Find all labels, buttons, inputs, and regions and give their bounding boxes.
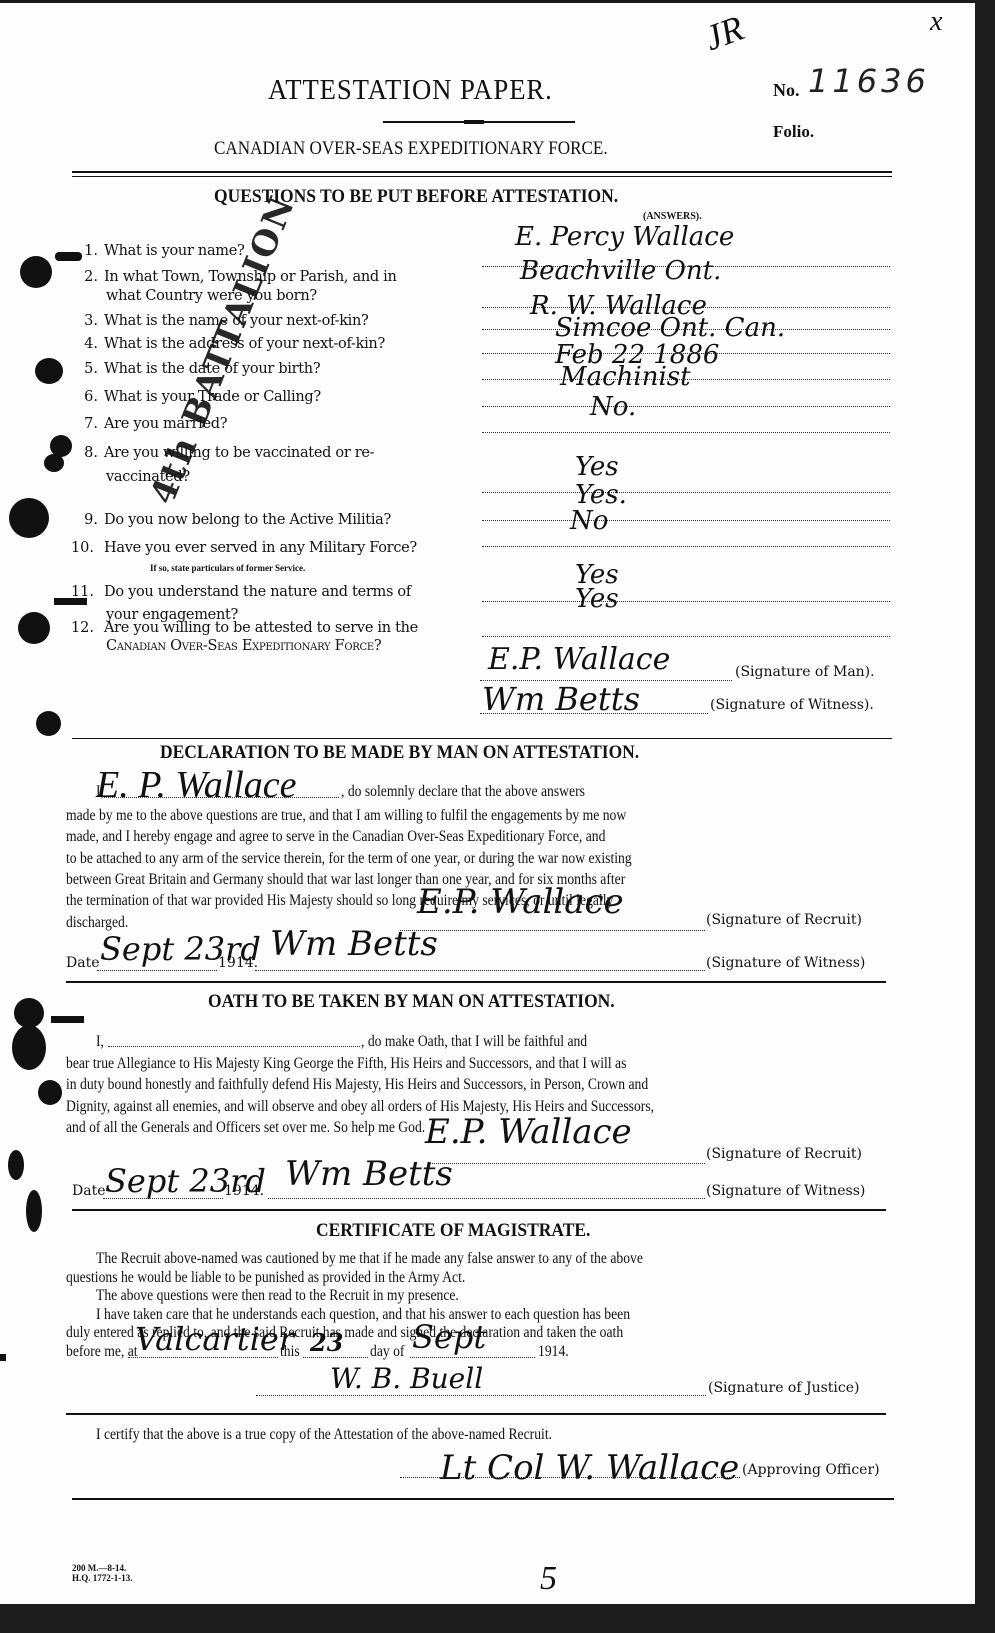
- answer-line: [482, 492, 890, 493]
- paragraph-line: made, and I hereby engage and agree to s…: [66, 826, 946, 848]
- paragraph-line: made by me to the above questions are tr…: [66, 805, 946, 827]
- magistrate-month: Sept: [412, 1318, 486, 1356]
- signature-line: [400, 930, 705, 931]
- signature-line: [255, 970, 705, 971]
- declaration-signature-recruit: E.P. Wallace: [417, 882, 624, 922]
- title-divider-ornament: [464, 120, 484, 124]
- answer-value: Yes: [575, 584, 619, 614]
- signature-line: [256, 1395, 706, 1396]
- day-line: [303, 1357, 368, 1358]
- answer-line: [482, 546, 890, 547]
- signature-witness-label: (Signature of Witness): [706, 955, 865, 971]
- answer-line: [482, 432, 890, 433]
- question-text: Do you now belong to the Active Militia?: [104, 512, 391, 528]
- signature-recruit-label: (Signature of Recruit): [706, 1146, 862, 1162]
- month-line: [410, 1357, 535, 1358]
- answer-value: Beachville Ont.: [520, 256, 721, 286]
- question-number: 11.: [66, 584, 94, 600]
- header-rule: [72, 176, 892, 177]
- punch-hole: [12, 1025, 46, 1070]
- section-divider: [72, 1209, 886, 1211]
- punch-hole: [9, 498, 49, 538]
- paragraph-line: bear true Allegiance to His Majesty King…: [66, 1053, 946, 1075]
- question-number: 7.: [70, 416, 98, 432]
- signature-witness-label: (Signature of Witness): [706, 1183, 865, 1199]
- date-label: Date: [66, 955, 99, 971]
- certification-text: I certify that the above is a true copy …: [96, 1424, 976, 1446]
- answer-value: Yes: [575, 452, 619, 482]
- magistrate-place: Valcartier: [135, 1320, 294, 1358]
- question-text: Are you willing to be vaccinated or re-: [104, 445, 374, 461]
- signature-officer: Lt Col W. Wallace: [440, 1448, 739, 1488]
- signature-witness: Wm Betts: [482, 680, 640, 718]
- form-code-line-1: 200 M.—8-14.: [72, 1563, 133, 1573]
- question-number: 5.: [70, 361, 98, 377]
- question-text: What is your name?: [104, 243, 245, 259]
- form-code-line-2: H.Q. 1772-1-13.: [72, 1573, 133, 1583]
- declaration-heading: DECLARATION TO BE MADE BY MAN ON ATTESTA…: [160, 742, 639, 764]
- declaration-first-line-rest: , do solemnly declare that the above ans…: [341, 781, 887, 803]
- question-note: If so, state particulars of former Servi…: [150, 563, 305, 573]
- question-number: 4.: [70, 336, 98, 352]
- question-text: Are you willing to be attested to serve …: [104, 620, 418, 636]
- answer-value: E. Percy Wallace: [515, 222, 734, 252]
- declaration-signature-witness: Wm Betts: [270, 924, 438, 964]
- punch-hole: [20, 256, 52, 288]
- signature-man-label: (Signature of Man).: [735, 664, 875, 680]
- punch-hole: [35, 358, 63, 384]
- oath-heading: OATH TO BE TAKEN BY MAN ON ATTESTATION.: [208, 991, 615, 1013]
- corner-mark: x: [930, 6, 942, 38]
- oath-signature-recruit: E.P. Wallace: [425, 1112, 632, 1152]
- ink-smudge: [0, 1354, 6, 1361]
- question-text: Do you understand the nature and terms o…: [104, 584, 411, 600]
- signature-line: [268, 1198, 705, 1199]
- document-subtitle: CANADIAN OVER-SEAS EXPEDITIONARY FORCE.: [214, 138, 608, 160]
- attestation-page: JR x ATTESTATION PAPER. CANADIAN OVER-SE…: [0, 0, 975, 1604]
- signature-justice: W. B. Buell: [330, 1362, 483, 1395]
- punch-hole: [36, 711, 61, 736]
- signature-line: [400, 1477, 740, 1478]
- date-line: [97, 970, 217, 971]
- oath-first-line-rest: , do make Oath, that I will be faithful …: [361, 1031, 907, 1053]
- punch-hole: [18, 612, 50, 644]
- answer-value: No.: [590, 392, 636, 422]
- date-label: Date: [72, 1183, 105, 1199]
- signature-recruit-label: (Signature of Recruit): [706, 912, 862, 928]
- paragraph-line: to be attached to any arm of the service…: [66, 848, 946, 870]
- paragraph-line: in duty bound honestly and faithfully de…: [66, 1074, 946, 1096]
- question-text: what Country were you born?: [106, 288, 317, 304]
- name-line: [108, 1046, 360, 1047]
- scan-edge: [0, 0, 975, 3]
- date-year: 1914.: [224, 1183, 264, 1199]
- oath-signature-witness: Wm Betts: [285, 1154, 453, 1194]
- punch-hole: [38, 1080, 62, 1105]
- signature-witness-label: (Signature of Witness).: [710, 697, 874, 713]
- folio-label: Folio.: [773, 122, 814, 142]
- footer-divider: [72, 1498, 894, 1500]
- question-number: 9.: [70, 512, 98, 528]
- place-line: [128, 1357, 278, 1358]
- answer-line: [482, 601, 890, 602]
- answer-value: Machinist: [560, 362, 691, 392]
- magistrate-heading: CERTIFICATE OF MAGISTRATE.: [316, 1220, 590, 1242]
- number-label: No.: [773, 80, 800, 101]
- question-number: 3.: [70, 313, 98, 329]
- handwritten-initials: JR: [699, 7, 749, 59]
- question-number: 10.: [66, 540, 94, 556]
- punch-hole: [26, 1190, 42, 1232]
- document-title: ATTESTATION PAPER.: [268, 74, 553, 107]
- signature-line: [430, 1163, 705, 1164]
- signature-man: E.P. Wallace: [488, 642, 670, 677]
- answers-label: (ANSWERS).: [643, 211, 702, 222]
- signature-justice-label: (Signature of Justice): [708, 1380, 860, 1396]
- question-number: 2.: [70, 269, 98, 285]
- answer-line: [482, 406, 890, 407]
- question-text: Canadian Over-Seas Expeditionary Force?: [106, 638, 381, 654]
- punch-hole: [8, 1150, 24, 1180]
- answer-line: [482, 520, 890, 521]
- question-text: Have you ever served in any Military For…: [104, 540, 417, 556]
- answer-value: Simcoe Ont. Can.: [555, 313, 785, 343]
- section-divider: [72, 738, 892, 739]
- question-number: 1.: [70, 243, 98, 259]
- punch-hole: [44, 454, 64, 472]
- magistrate-day: 23: [310, 1328, 343, 1357]
- question-number: 12.: [66, 620, 94, 636]
- date-year: 1914.: [218, 955, 258, 971]
- magistrate-year: 1914.: [538, 1341, 995, 1363]
- page-number: 5: [540, 1560, 557, 1598]
- form-code: 200 M.—8-14. H.Q. 1772-1-13.: [72, 1563, 133, 1583]
- question-number: 6.: [70, 389, 98, 405]
- punch-hole: [14, 998, 44, 1028]
- answer-value: No: [570, 506, 608, 536]
- signature-officer-label: (Approving Officer): [742, 1462, 880, 1478]
- question-number: 8.: [70, 445, 98, 461]
- section-divider: [66, 1413, 886, 1415]
- header-rule: [72, 171, 892, 173]
- ink-smudge: [51, 1016, 84, 1023]
- date-line: [103, 1198, 223, 1199]
- number-value: 11636: [808, 62, 930, 100]
- section-divider: [66, 981, 886, 983]
- answer-line: [482, 636, 890, 637]
